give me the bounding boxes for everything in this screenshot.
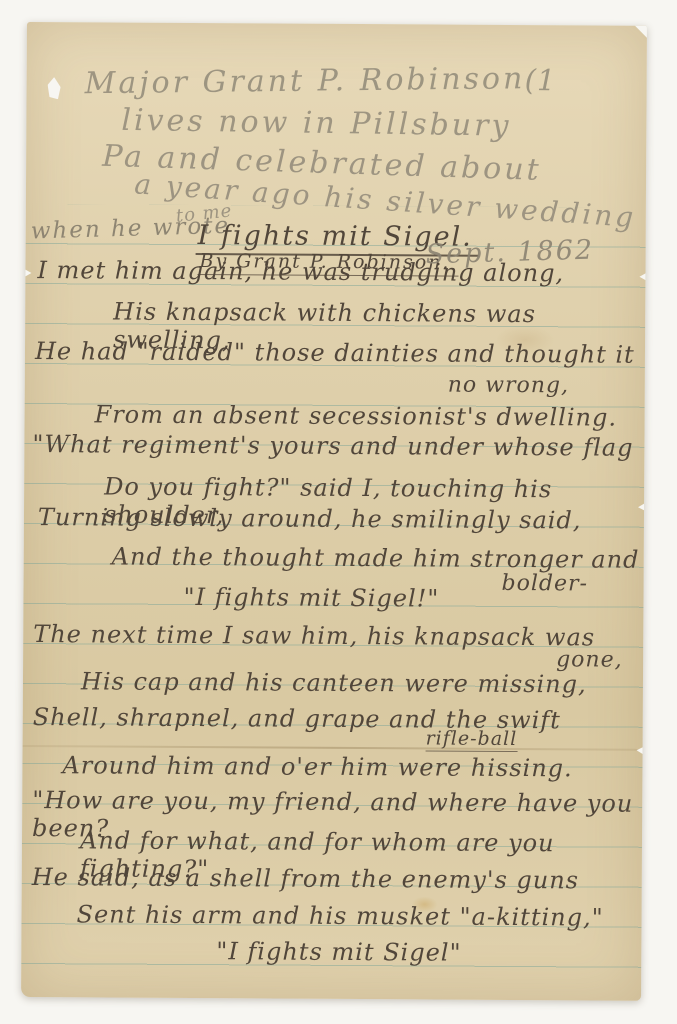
poem-line: His cap and his canteen were missing,	[81, 667, 587, 698]
poem-line: From an absent secessionist's dwelling.	[95, 400, 618, 431]
poem-line: Around him and o'er him were hissing.	[62, 751, 572, 782]
poem-line: He had "raided" those dainties and thoug…	[35, 337, 635, 369]
poem-line: He said, as a shell from the enemy's gun…	[32, 863, 579, 894]
pencil-note-line2: lives now in Pillsbury	[121, 103, 512, 144]
poem-line: "I fights mit Sigel!"	[183, 583, 439, 613]
poem-line-continuation: rifle-ball	[426, 727, 518, 752]
page-number: (1	[525, 63, 557, 97]
pencil-note-line1: Major Grant P. Robinson	[84, 61, 525, 101]
poem-line: "What regiment's yours and under whose f…	[32, 430, 633, 462]
poem-line-continuation: gone,	[556, 647, 623, 672]
poem-line: "I fights mit Sigel"	[216, 937, 461, 966]
paper-hole	[48, 77, 61, 99]
poem-line-continuation: no wrong,	[448, 373, 569, 399]
poem-line: Turning slowly around, he smilingly said…	[38, 503, 582, 534]
poem-line: I met him again, he was trudging along,	[37, 256, 564, 287]
manuscript-page: Major Grant P. Robinson (1 lives now in …	[21, 22, 647, 1001]
poem-line: And the thought made him stronger and	[112, 543, 640, 574]
poem-line: The next time I saw him, his knapsack wa…	[33, 620, 595, 651]
corner-cut	[633, 24, 647, 40]
poem-line-continuation: bolder-	[502, 571, 589, 597]
poem-line: Sent his arm and his musket "a-kitting,"	[76, 900, 603, 931]
scan-background: Major Grant P. Robinson (1 lives now in …	[0, 0, 677, 1024]
